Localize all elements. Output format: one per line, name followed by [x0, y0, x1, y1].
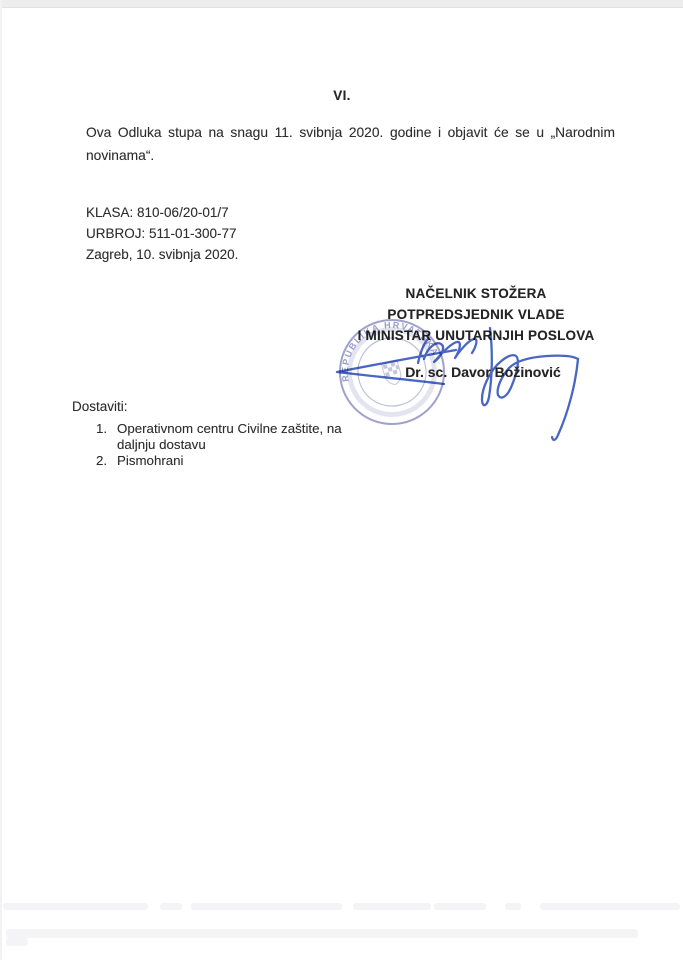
section-number-heading: VI.	[78, 88, 606, 103]
scan-artifact	[191, 903, 342, 910]
distribution-item: 2. Pismohrani	[96, 453, 345, 469]
scan-left-edge	[0, 0, 2, 960]
scan-artifact	[353, 903, 431, 910]
scan-artifact	[540, 903, 680, 910]
distribution-item: 1. Operativnom centru Civilne zaštite, n…	[96, 421, 345, 453]
scan-artifact	[6, 938, 28, 946]
klasa-line: KLASA: 810-06/20-01/7	[86, 202, 238, 223]
urbroj-line: URBROJ: 511-01-300-77	[86, 223, 238, 244]
distribution-list: 1. Operativnom centru Civilne zaštite, n…	[96, 421, 345, 469]
distribution-heading: Dostaviti:	[72, 399, 128, 414]
scan-artifact	[6, 929, 638, 938]
scan-artifact	[160, 903, 182, 910]
scanned-document-page: VI. Ova Odluka stupa na snagu 11. svibnj…	[0, 0, 683, 960]
signature-strokes	[337, 328, 578, 440]
scan-artifact	[434, 903, 486, 910]
item-number: 1.	[96, 421, 117, 453]
handwritten-signature	[320, 315, 590, 455]
reference-block: KLASA: 810-06/20-01/7 URBROJ: 511-01-300…	[86, 202, 238, 265]
item-text: Pismohrani	[117, 453, 345, 469]
decision-paragraph: Ova Odluka stupa na snagu 11. svibnja 20…	[86, 121, 615, 167]
item-text: Operativnom centru Civilne zaštite, na d…	[117, 421, 345, 453]
scan-top-edge	[0, 0, 683, 8]
signatory-title-line-1: NAČELNIK STOŽERA	[330, 283, 622, 304]
scan-artifact	[505, 903, 521, 910]
signer-name: Dr. sc. Davor Božinović	[330, 364, 636, 380]
scan-artifact	[3, 903, 148, 910]
place-date-line: Zagreb, 10. svibnja 2020.	[86, 244, 238, 265]
item-number: 2.	[96, 453, 117, 469]
